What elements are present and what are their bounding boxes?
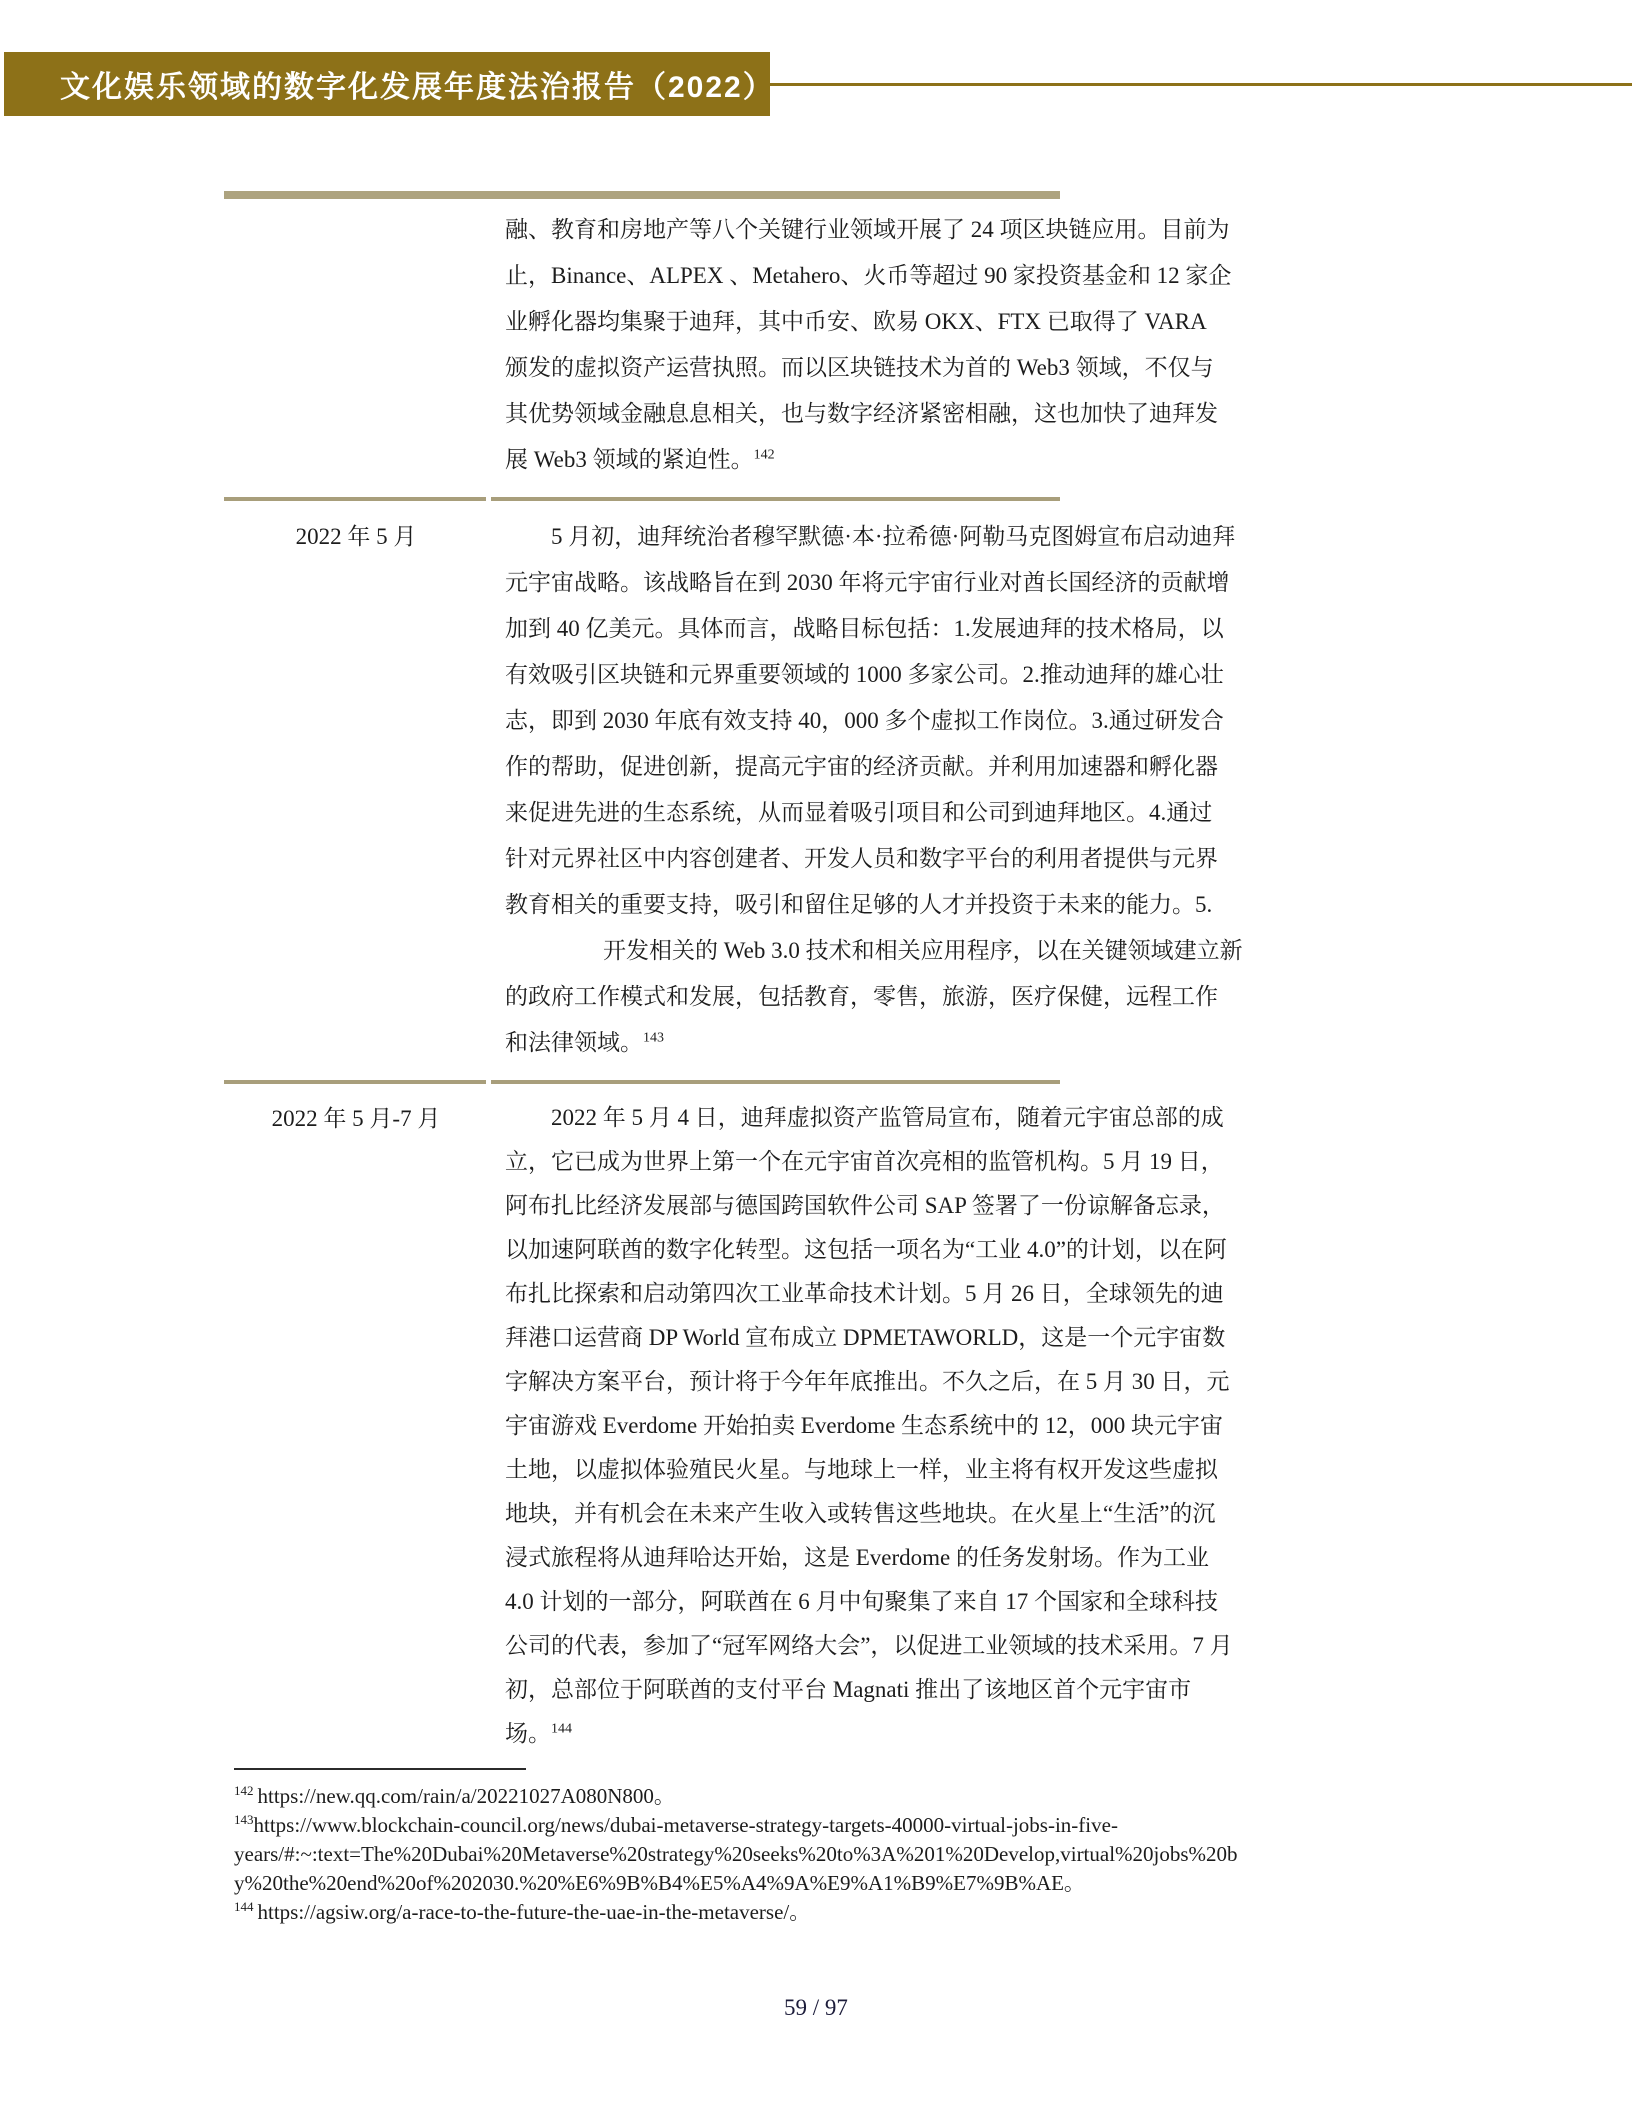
footnote-143: 143https://www.blockchain-council.org/ne…	[234, 1811, 1474, 1840]
text-line: 元宇宙战略。该战略旨在到 2030 年将元宇宙行业对酋长国经济的贡献增	[505, 560, 1243, 606]
report-title: 文化娱乐领域的数字化发展年度法治报告（2022）	[60, 62, 775, 106]
text-line: 颁发的虚拟资产运营执照。而以区块链技术为首的 Web3 领域，不仅与	[505, 345, 1231, 391]
table-row: 2022 年 5 月-7 月 2022 年 5 月 4 日，迪拜虚拟资产监管局宣…	[224, 1084, 1060, 1770]
table-row: 融、教育和房地产等八个关键行业领域开展了 24 项区块链应用。目前为 止，Bin…	[224, 199, 1060, 497]
text-line: 初，总部位于阿联酋的支付平台 Magnati 推出了该地区首个元宇宙市	[505, 1668, 1233, 1712]
event-text-cell: 融、教育和房地产等八个关键行业领域开展了 24 项区块链应用。目前为 止，Bin…	[488, 199, 1239, 497]
header-rule	[770, 83, 1632, 86]
footnote-separator	[234, 1768, 526, 1770]
text-line: 宇宙游戏 Everdome 开始拍卖 Everdome 生态系统中的 12，00…	[505, 1404, 1233, 1448]
text-line: 地块，并有机会在未来产生收入或转售这些地块。在火星上“生活”的沉	[505, 1492, 1233, 1536]
footnote-143-continued: y%20the%20end%20of%202030.%20%E6%9B%B4%E…	[234, 1869, 1474, 1898]
event-text-cell: 5 月初，迪拜统治者穆罕默德·本·拉希德·阿勒马克图姆宣布启动迪拜 元宇宙战略。…	[488, 501, 1251, 1080]
footnote-144: 144https://agsiw.org/a-race-to-the-futur…	[234, 1898, 1474, 1927]
text-line-end: 场。	[505, 1721, 551, 1746]
date-cell: 2022 年 5 月	[224, 501, 488, 1080]
date-cell: 2022 年 5 月-7 月	[224, 1084, 488, 1770]
text-line: 的政府工作模式和发展，包括教育，零售，旅游，医疗保健，远程工作	[505, 974, 1243, 1020]
text-line: 志，即到 2030 年底有效支持 40，000 多个虚拟工作岗位。3.通过研发合	[505, 698, 1243, 744]
text-line: 拜港口运营商 DP World 宣布成立 DPMETAWORLD，这是一个元宇宙…	[505, 1316, 1233, 1360]
text-line: 作的帮助，促进创新，提高元宇宙的经济贡献。并利用加速器和孵化器	[505, 744, 1243, 790]
text-line: 阿布扎比经济发展部与德国跨国软件公司 SAP 签署了一份谅解备忘录，	[505, 1184, 1233, 1228]
footnote-142: 142https://new.qq.com/rain/a/20221027A08…	[234, 1782, 1474, 1811]
text-line: 土地，以虚拟体验殖民火星。与地球上一样，业主将有权开发这些虚拟	[505, 1448, 1233, 1492]
text-line: 5 月初，迪拜统治者穆罕默德·本·拉希德·阿勒马克图姆宣布启动迪拜	[505, 514, 1243, 560]
table-row: 2022 年 5 月 5 月初，迪拜统治者穆罕默德·本·拉希德·阿勒马克图姆宣布…	[224, 501, 1060, 1080]
text-line: 开发相关的 Web 3.0 技术和相关应用程序，以在关键领域建立新	[603, 928, 1243, 974]
text-line: 业孵化器均集聚于迪拜，其中币安、欧易 OKX、FTX 已取得了 VARA	[505, 299, 1231, 345]
text-line: 教育相关的重要支持，吸引和留住足够的人才并投资于未来的能力。5.	[505, 882, 1243, 928]
timeline-table: 融、教育和房地产等八个关键行业领域开展了 24 项区块链应用。目前为 止，Bin…	[224, 191, 1060, 1770]
text-line: 以加速阿联酋的数字化转型。这包括一项名为“工业 4.0”的计划，以在阿	[505, 1228, 1233, 1272]
document-page: 文化娱乐领域的数字化发展年度法治报告（2022） 融、教育和房地产等八个关键行业…	[0, 0, 1632, 2112]
footnote-url: https://agsiw.org/a-race-to-the-future-t…	[258, 1900, 811, 1924]
text-line: 有效吸引区块链和元界重要领域的 1000 多家公司。2.推动迪拜的雄心壮	[505, 652, 1243, 698]
header-banner: 文化娱乐领域的数字化发展年度法治报告（2022）	[4, 52, 770, 116]
text-line: 和法律领域。143	[505, 1020, 1243, 1066]
date-cell	[224, 199, 488, 497]
page-number: 59 / 97	[0, 1995, 1632, 2021]
footnote-url: https://www.blockchain-council.org/news/…	[254, 1813, 1118, 1837]
text-line-end: 和法律领域。	[505, 1030, 643, 1055]
text-line: 布扎比探索和启动第四次工业革命技术计划。5 月 26 日，全球领先的迪	[505, 1272, 1233, 1316]
footnote-number: 142	[234, 1783, 254, 1798]
footnote-number: 143	[234, 1812, 254, 1827]
text-line: 4.0 计划的一部分，阿联酋在 6 月中旬聚集了来自 17 个国家和全球科技	[505, 1580, 1233, 1624]
text-line: 针对元界社区中内容创建者、开发人员和数字平台的利用者提供与元界	[505, 836, 1243, 882]
text-line: 2022 年 5 月 4 日，迪拜虚拟资产监管局宣布，随着元宇宙总部的成	[505, 1096, 1233, 1140]
text-line-end: 展 Web3 领域的紧迫性。	[505, 447, 754, 472]
text-line: 场。144	[505, 1712, 1233, 1756]
footnote-ref-143: 143	[643, 1030, 664, 1045]
table-top-border	[224, 191, 1060, 199]
event-text-cell: 2022 年 5 月 4 日，迪拜虚拟资产监管局宣布，随着元宇宙总部的成 立，它…	[488, 1084, 1241, 1770]
text-line: 来促进先进的生态系统，从而显着吸引项目和公司到迪拜地区。4.通过	[505, 790, 1243, 836]
text-line: 立，它已成为世界上第一个在元宇宙首次亮相的监管机构。5 月 19 日，	[505, 1140, 1233, 1184]
text-line: 其优势领域金融息息相关，也与数字经济紧密相融，这也加快了迪拜发	[505, 391, 1231, 437]
text-line: 融、教育和房地产等八个关键行业领域开展了 24 项区块链应用。目前为	[505, 207, 1231, 253]
footnote-url: https://new.qq.com/rain/a/20221027A080N8…	[258, 1784, 675, 1808]
text-line: 展 Web3 领域的紧迫性。142	[505, 437, 1231, 483]
text-line: 公司的代表，参加了“冠军网络大会”，以促进工业领域的技术采用。7 月	[505, 1624, 1233, 1668]
text-line: 浸式旅程将从迪拜哈达开始，这是 Everdome 的任务发射场。作为工业	[505, 1536, 1233, 1580]
footnote-143-continued: years/#:~:text=The%20Dubai%20Metaverse%2…	[234, 1840, 1474, 1869]
footnote-number: 144	[234, 1899, 254, 1914]
footnote-ref-142: 142	[754, 447, 775, 462]
text-line: 止，Binance、ALPEX 、Metahero、火币等超过 90 家投资基金…	[505, 253, 1231, 299]
text-line: 加到 40 亿美元。具体而言，战略目标包括：1.发展迪拜的技术格局，以	[505, 606, 1243, 652]
footnotes-section: 142https://new.qq.com/rain/a/20221027A08…	[234, 1768, 1474, 1927]
text-line: 字解决方案平台，预计将于今年年底推出。不久之后，在 5 月 30 日，元	[505, 1360, 1233, 1404]
footnote-ref-144: 144	[551, 1721, 572, 1736]
